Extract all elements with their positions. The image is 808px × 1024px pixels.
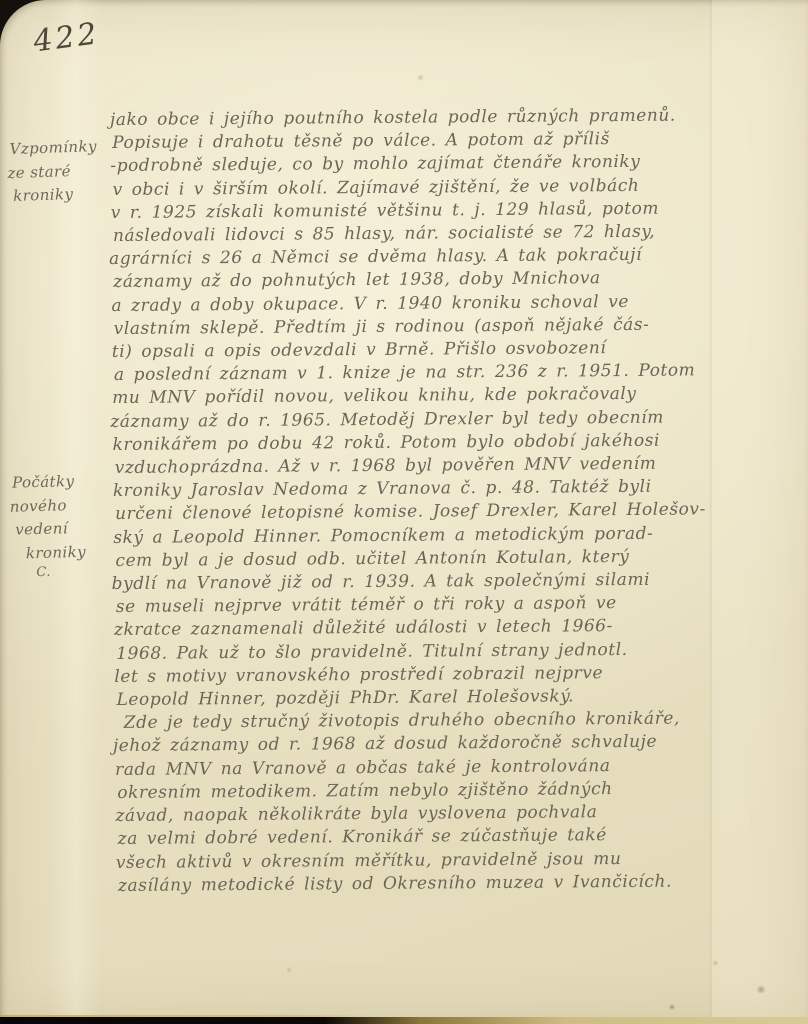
page-number: 422 bbox=[31, 16, 101, 59]
margin-note-old-chronicle: Vzpomínkyze starékroniky bbox=[9, 135, 111, 209]
margin-note-line: ze staré bbox=[7, 158, 111, 185]
margin-note-line: C. bbox=[36, 563, 114, 581]
margin-note-new-chronicle: PočátkynovéhovedeníkronikyC. bbox=[12, 469, 115, 581]
body-text-line: zasílány metodické listy od Okresního mu… bbox=[118, 870, 756, 898]
chronicle-body-text: jako obce i jejího poutního kostela podl… bbox=[110, 104, 756, 898]
handwriting-layer: 422 Vzpomínkyze starékroniky Počátkynové… bbox=[0, 0, 808, 1024]
scanned-chronicle-page: 422 Vzpomínkyze starékroniky Počátkynové… bbox=[0, 0, 808, 1024]
margin-note-line: Počátky bbox=[12, 469, 113, 495]
bottom-scan-edge bbox=[0, 1017, 808, 1024]
margin-note-line: nového bbox=[9, 493, 113, 519]
margin-note-line: kroniky bbox=[26, 540, 115, 566]
paper-sheet: 422 Vzpomínkyze starékroniky Počátkynové… bbox=[0, 0, 808, 1024]
margin-note-line: vedení bbox=[15, 516, 114, 542]
margin-note-line: Vzpomínky bbox=[9, 135, 110, 162]
margin-note-line: kroniky bbox=[13, 182, 112, 209]
